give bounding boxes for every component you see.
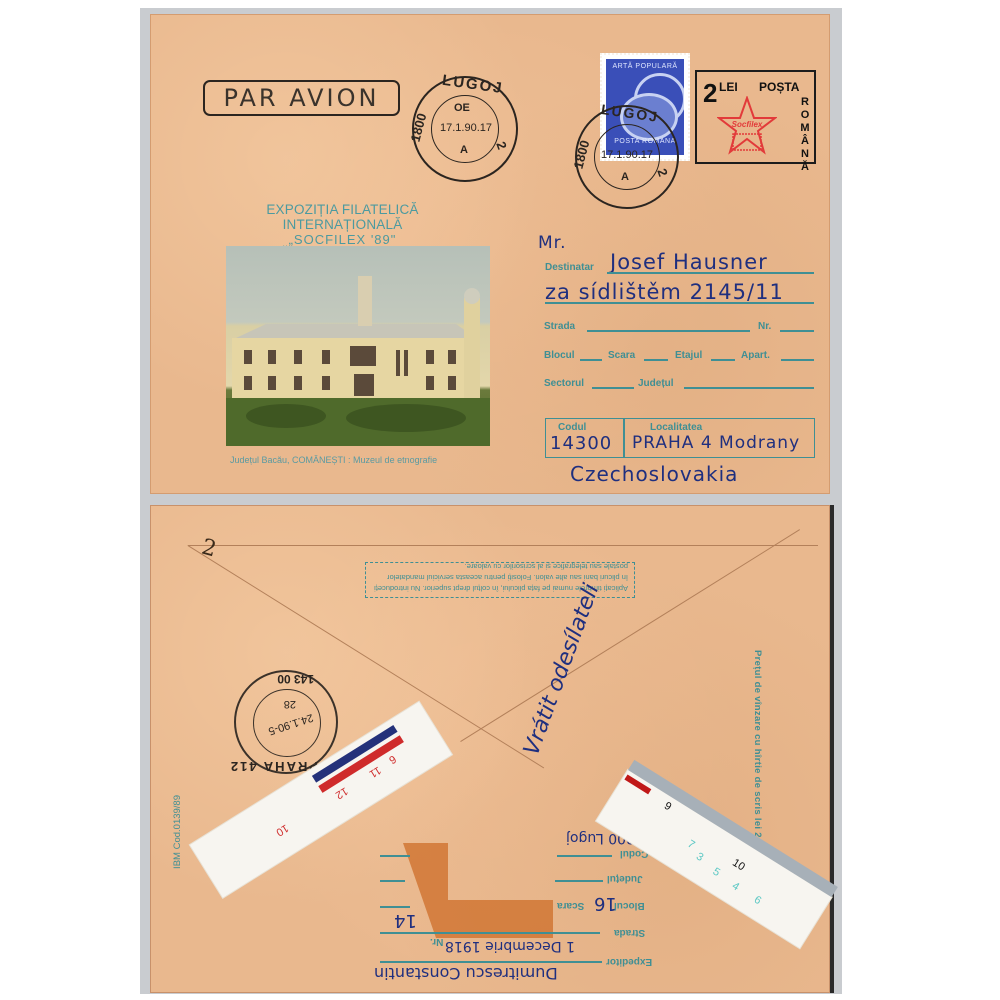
nr-label: Nr. <box>758 321 771 332</box>
judetul-label: Județul <box>607 873 643 884</box>
building-illustration <box>226 246 490 446</box>
sectorul-label: Sectorul <box>544 378 584 389</box>
printer-code: IBM Cod.0139/89 <box>172 795 183 869</box>
apart-label: Apart. <box>741 350 770 361</box>
flap-edge <box>188 545 818 546</box>
postmark-date: 17.1.90.17 <box>440 122 492 134</box>
postmark-lugoj-2: LUGOJ 1800 2 17.1.90.17 A <box>575 105 679 209</box>
exhibition-line-1: EXPOZIȚIA FILATELICĂ INTERNAȚIONALĂ <box>210 202 475 232</box>
judetul-line <box>684 387 814 389</box>
indicium-country: ROMÂNĂ <box>800 96 810 174</box>
par-avion-cachet: PAR AVION <box>203 80 400 116</box>
tape-number: 10 <box>730 857 747 874</box>
code-locality-box: Codul Localitatea 14300 PRAHA 4 Modrany <box>545 418 815 458</box>
blocul-label: Blocul <box>614 900 645 911</box>
sender-line-3 <box>555 880 603 882</box>
address-line-2 <box>545 302 814 304</box>
price-text: Prețul de vînzare cu hîrtie de scris lei… <box>752 650 763 846</box>
postmark-time-code: OE <box>454 102 470 114</box>
destinatar-label: Destinatar <box>545 262 594 273</box>
strada-line <box>587 330 750 332</box>
localitatea-label: Localitatea <box>650 422 702 433</box>
nr-label: Nr. <box>430 936 443 947</box>
postmark-suffix: 28 <box>284 698 296 710</box>
postmark-code: 143 00 <box>277 672 314 686</box>
strada-label: Strada <box>544 321 575 332</box>
scara-line <box>644 359 668 361</box>
nr-handwritten: 14 <box>394 910 417 931</box>
exhibition-line-2: „SOCFILEX '89" <box>210 232 475 247</box>
tape-number: 3 <box>694 851 706 864</box>
tape-number: 7 <box>685 838 697 851</box>
city-handwritten: PRAHA 4 Modrany <box>632 433 800 453</box>
salutation-handwritten: Mr. <box>538 233 567 253</box>
museum-photo <box>226 246 490 446</box>
scara-label: Scara <box>557 900 584 911</box>
etajul-line <box>711 359 735 361</box>
recipient-name-handwritten: Josef Hausner <box>610 250 768 274</box>
tape-number: 9 <box>662 800 674 813</box>
etajul-label: Etajul <box>675 350 702 361</box>
postmark-series: A <box>621 171 629 183</box>
postmark-date: 17.1.90.17 <box>601 149 653 161</box>
postal-code-handwritten: 14300 <box>550 433 612 454</box>
tape-number: 6 <box>752 894 764 907</box>
tape-number: 4 <box>730 880 742 893</box>
indicium-value: 2 <box>703 78 717 109</box>
indicium-unit: LEI <box>719 80 738 94</box>
judetul-label: Județul <box>638 378 674 389</box>
country-handwritten: Czechoslovakia <box>570 462 738 486</box>
postmark-praha: PRAHA 412 143 00 24.1.90-5 28 <box>234 670 338 774</box>
sender-name-handwritten: Dumitrescu Constantin <box>374 964 558 983</box>
blocul-line <box>580 359 602 361</box>
tape-number: 11 <box>367 764 383 780</box>
destinatar-line <box>607 272 814 274</box>
sender-street-handwritten: 1 Decembrie 1918 <box>445 938 575 954</box>
code-box-divider <box>623 419 625 457</box>
blocul-label: Blocul <box>544 350 575 361</box>
indicium-posta: POȘTA <box>759 80 799 94</box>
printed-indicium: 2 LEI POȘTA ROMÂNĂ Socfilex <box>695 70 816 164</box>
tape-number: 10 <box>274 822 291 839</box>
sender-line-4 <box>380 906 410 908</box>
codul-label: Codul <box>558 422 586 433</box>
apart-line <box>781 359 814 361</box>
strada-label: Strada <box>614 927 645 938</box>
tape-number: 12 <box>333 784 350 801</box>
sender-line-6 <box>380 961 602 963</box>
sender-line-5 <box>380 932 600 934</box>
sender-line-2 <box>380 880 405 882</box>
expeditor-label: Expeditor <box>606 956 652 967</box>
photo-caption: Județul Bacău, COMĂNEȘTI : Muzeul de etn… <box>230 455 437 465</box>
postmark-lugoj-1: LUGOJ 1800 2 OE 17.1.90.17 A <box>412 76 518 182</box>
sender-line-judetul <box>380 855 410 857</box>
socfilex-star-icon: Socfilex <box>717 96 777 156</box>
sender-line-judetul-2 <box>557 855 612 857</box>
sectorul-line <box>592 387 634 389</box>
svg-text:Socfilex: Socfilex <box>732 120 763 129</box>
nr-line <box>780 330 814 332</box>
street-handwritten: za sídlištěm 2145/11 <box>545 280 784 304</box>
tape-number: 9 <box>387 754 399 767</box>
postmark-series: A <box>460 144 468 156</box>
stamp-top-caption: ARTĂ POPULARĂ <box>606 63 684 70</box>
tape-number: 5 <box>710 866 722 879</box>
scara-label: Scara <box>608 350 635 361</box>
